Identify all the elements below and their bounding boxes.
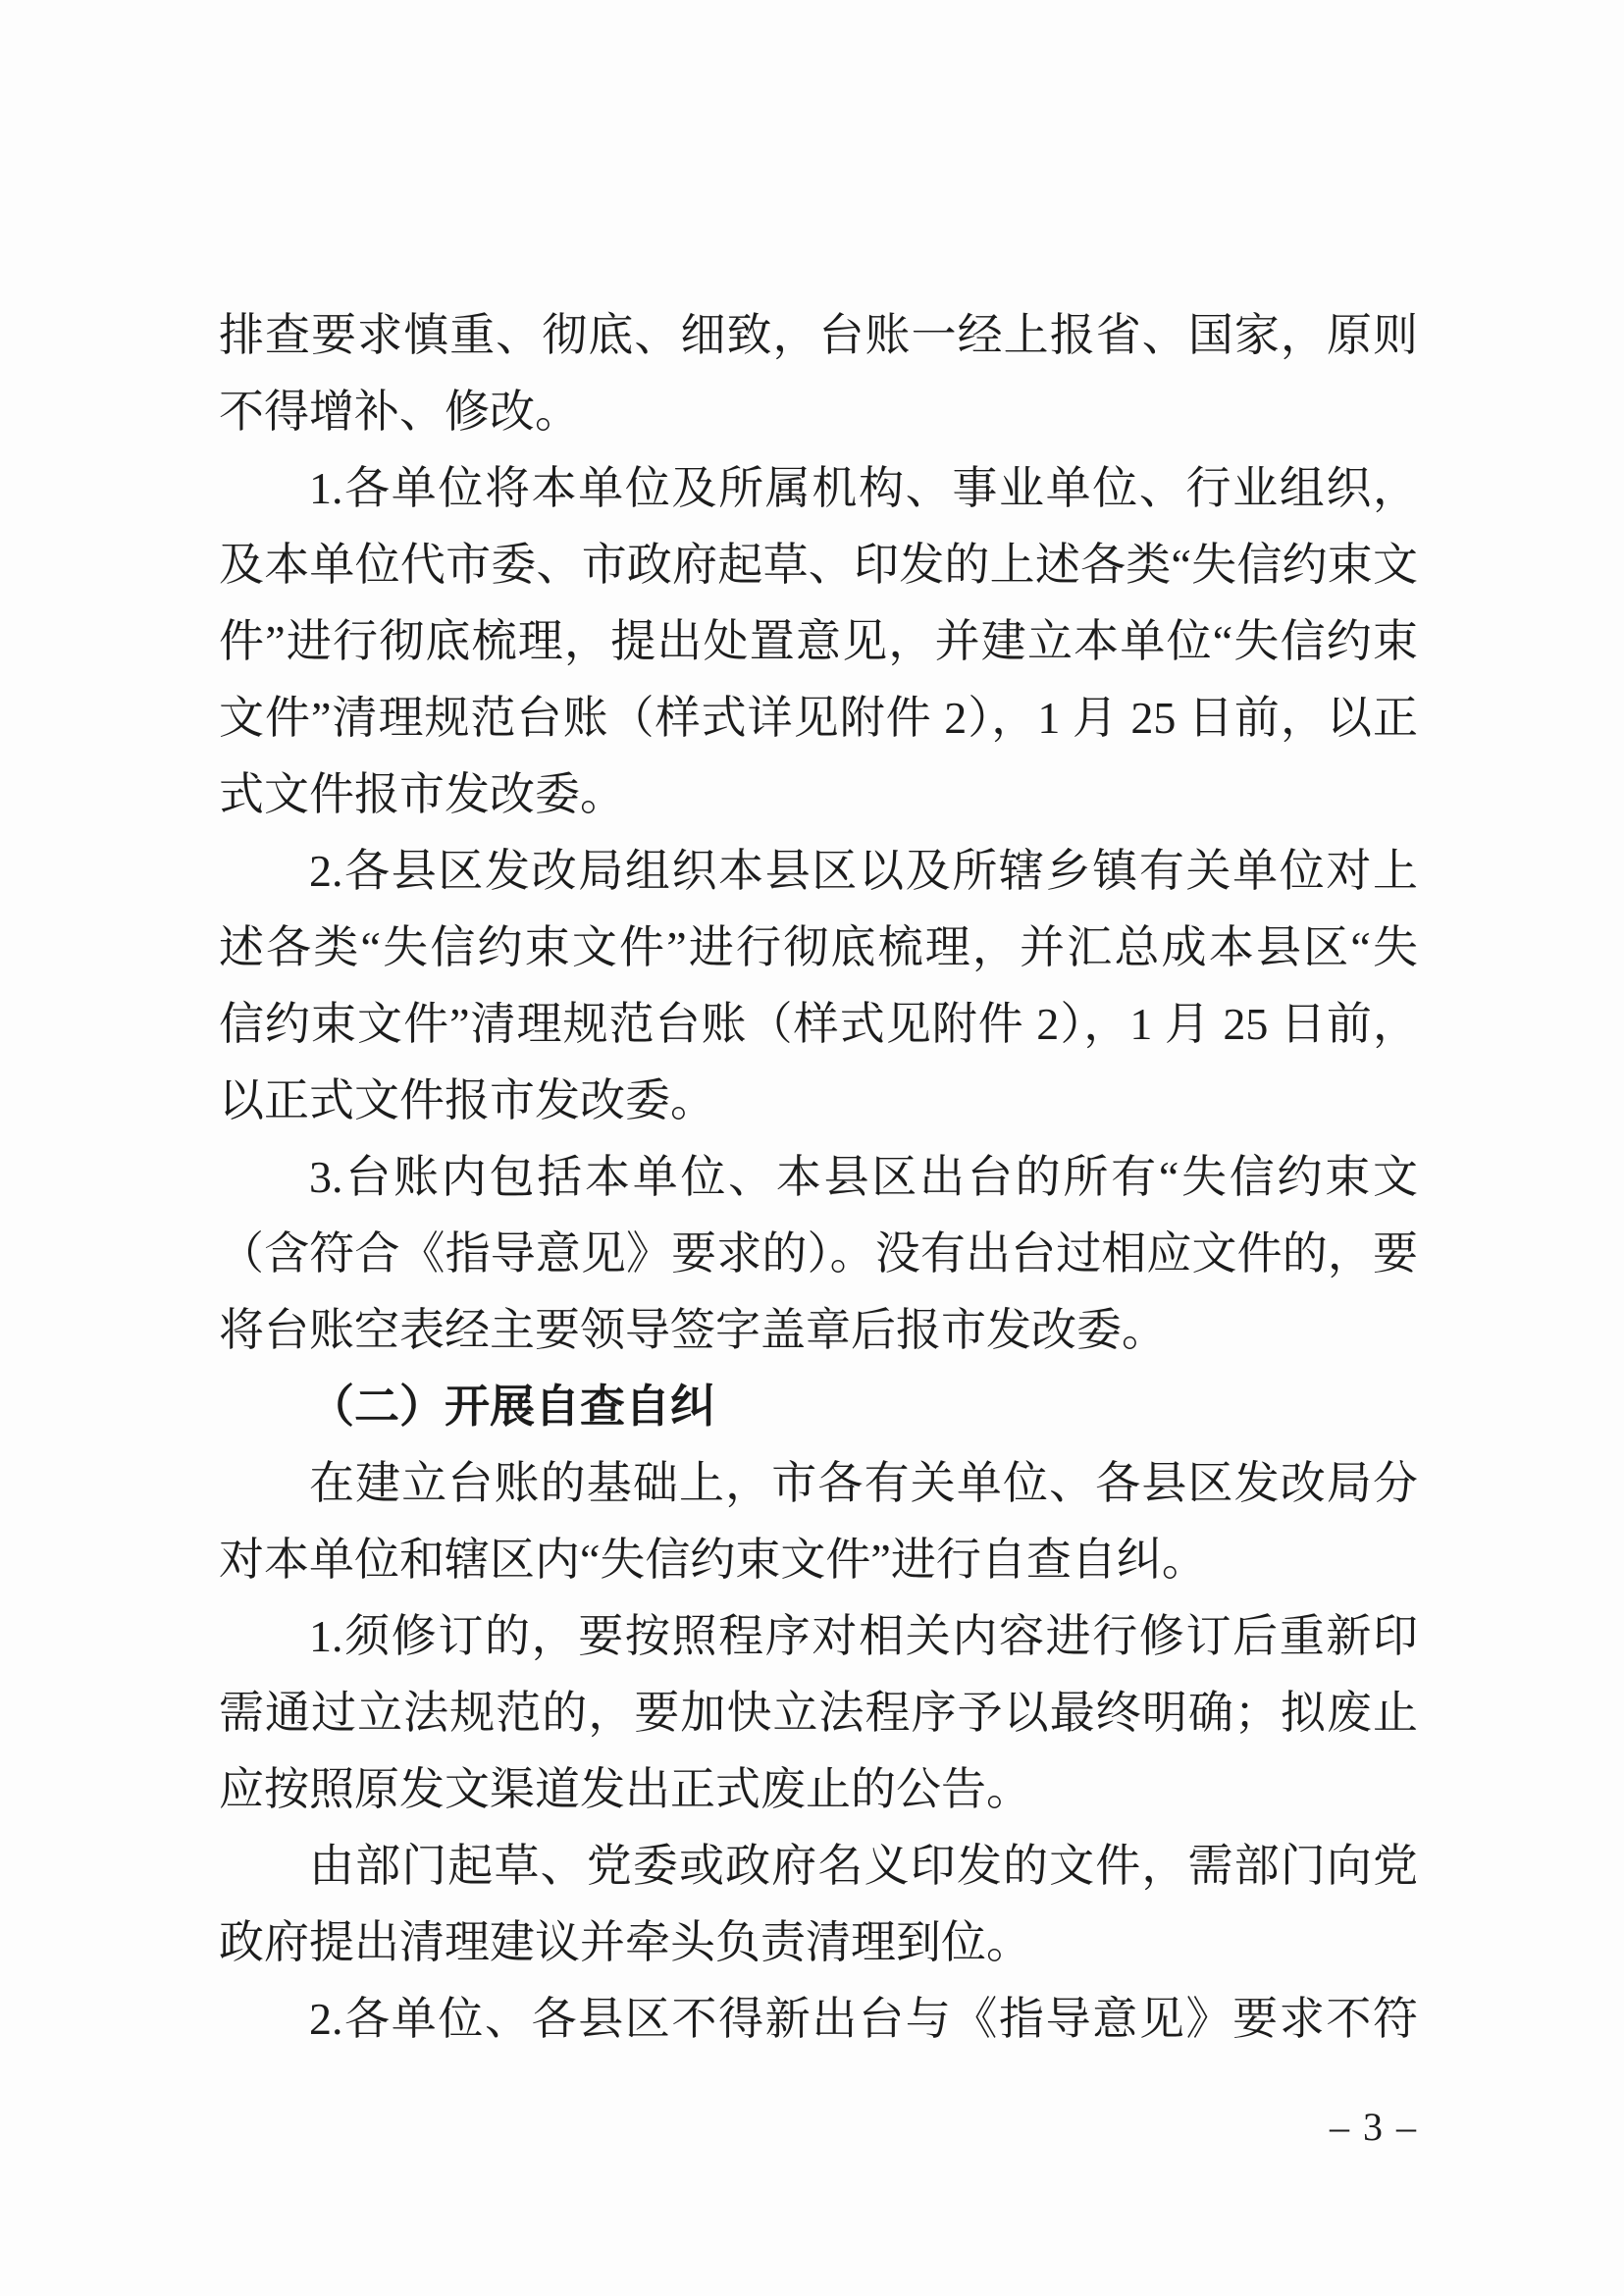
text-line: 2.各单位、各县区不得新出台与《指导意见》要求不符的 — [219, 1981, 1418, 2058]
text-line: 将台账空表经主要领导签字盖章后报市发改委。 — [219, 1292, 1418, 1369]
text-line: 应按照原发文渠道发出正式废止的公告。 — [219, 1751, 1418, 1828]
text-line: 件”进行彻底梳理，提出处置意见，并建立本单位“失信约束 — [219, 603, 1418, 680]
text-line: 1.须修订的，要按照程序对相关内容进行修订后重新印发； — [219, 1598, 1418, 1675]
text-line: 式文件报市发改委。 — [219, 757, 1418, 833]
text-line: 不得增补、修改。 — [219, 374, 1418, 450]
text-line: 述各类“失信约束文件”进行彻底梳理，并汇总成本县区“失 — [219, 910, 1418, 986]
text-line: 在建立台账的基础上，市各有关单位、各县区发改局分别 — [219, 1445, 1418, 1522]
text-line: 以正式文件报市发改委。 — [219, 1063, 1418, 1139]
text-line: 由部门起草、党委或政府名义印发的文件，需部门向党委、 — [219, 1828, 1418, 1905]
text-line: 需通过立法规范的，要加快立法程序予以最终明确；拟废止的， — [219, 1675, 1418, 1751]
text-line: 1.各单位将本单位及所属机构、事业单位、行业组织，以 — [219, 450, 1418, 527]
text-line: 信约束文件”清理规范台账（样式见附件 2），1 月 25 日前， — [219, 986, 1418, 1063]
text-line: 对本单位和辖区内“失信约束文件”进行自查自纠。 — [219, 1522, 1418, 1598]
text-line: 3.台账内包括本单位、本县区出台的所有“失信约束文件” — [219, 1139, 1418, 1216]
text-line: （含符合《指导意见》要求的）。没有出台过相应文件的，要 — [219, 1216, 1418, 1292]
text-line: 排查要求慎重、彻底、细致，台账一经上报省、国家，原则上 — [219, 297, 1418, 374]
text-line: 2.各县区发改局组织本县区以及所辖乡镇有关单位对上 — [219, 833, 1418, 910]
text-line: 及本单位代市委、市政府起草、印发的上述各类“失信约束文 — [219, 527, 1418, 603]
page-number: – 3 – — [1330, 2106, 1418, 2149]
text-line: 文件”清理规范台账（样式详见附件 2），1 月 25 日前，以正 — [219, 680, 1418, 757]
document-body: 排查要求慎重、彻底、细致，台账一经上报省、国家，原则上不得增补、修改。1.各单位… — [219, 297, 1418, 2058]
text-line: 政府提出清理建议并牵头负责清理到位。 — [219, 1905, 1418, 1981]
section-heading: （二）开展自查自纠 — [219, 1369, 1418, 1445]
document-page: 排查要求慎重、彻底、细致，台账一经上报省、国家，原则上不得增补、修改。1.各单位… — [0, 0, 1624, 2296]
